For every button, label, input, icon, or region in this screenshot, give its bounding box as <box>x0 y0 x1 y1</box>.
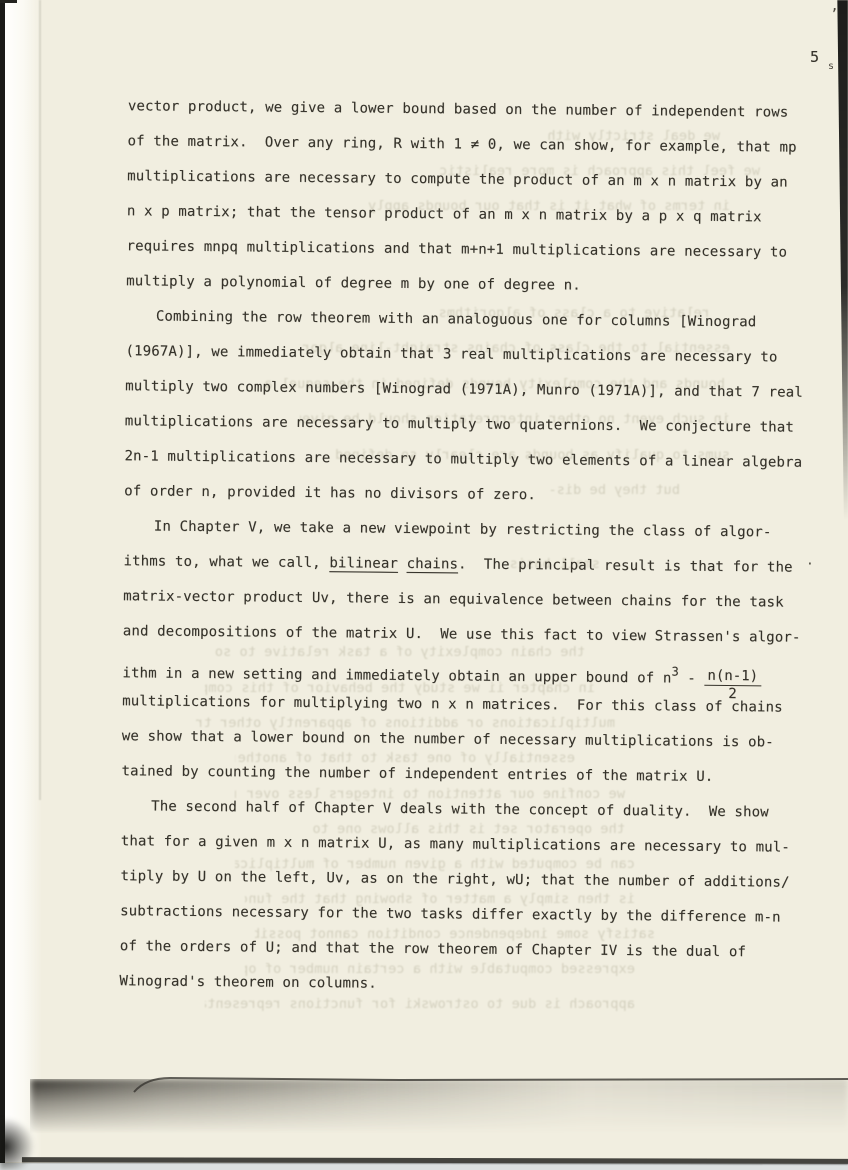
page-bottom-edge <box>0 0 848 1170</box>
scanner-bed-strip <box>0 1163 848 1170</box>
scan-corner-artifact <box>0 1118 34 1170</box>
scan-shadow <box>30 1079 848 1141</box>
ink-speck: · <box>806 558 814 571</box>
ink-speck: ’ <box>830 8 838 22</box>
ink-speck: s <box>828 62 834 72</box>
scanned-document-page: we deal strictly withwe feel this approa… <box>0 0 848 1170</box>
